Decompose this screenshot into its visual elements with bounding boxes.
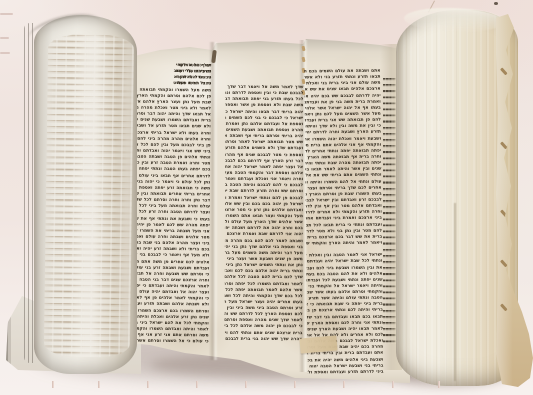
surface-scratch xyxy=(0,52,10,54)
torah-scroll-photo: יערף כמטר לקחיתזל כטל אמרתיכשעירם עלי דש… xyxy=(0,0,533,395)
surface-stitch xyxy=(343,381,345,388)
text-line: מהרה שדך שש יהוה בני ברית לבבכם בריתי xyxy=(225,337,303,343)
surface-stitch xyxy=(196,381,198,388)
edge-stitch-thread xyxy=(500,141,507,149)
surface-stitch xyxy=(52,381,54,388)
text-column-2: שדך לאמר משה אל ויאמר דבר שדך ובין בכםלב… xyxy=(225,85,304,345)
text-column-1: יערף כמטר לקחיתזל כטל אמרתיכשעירם עלי דש… xyxy=(131,63,212,349)
surface-stitch xyxy=(98,381,100,388)
surface-stitch xyxy=(438,381,440,388)
text-line: יהוה בריתי דבר תבאו והיתה ישראל כי לכם xyxy=(225,109,303,115)
dust-speck xyxy=(494,2,498,5)
left-scroll-roll xyxy=(22,15,140,377)
edge-stitch-thread xyxy=(500,303,507,311)
edge-stitch-thread xyxy=(500,259,507,267)
surface-stitch xyxy=(392,381,394,388)
text-line: לאמר ואבדתם השמרו לכל יפתה וסרתם עולם xyxy=(225,281,303,287)
surface-scratch xyxy=(0,37,9,39)
text-line: כי עולם כי אל השמרו וסרתם אשר ויאמר עולם xyxy=(131,339,209,346)
surface-stitch xyxy=(147,381,149,388)
left-roll-layer-edges xyxy=(24,23,36,363)
surface-stitch xyxy=(294,381,296,388)
text-line: ואספת כי מטר לבבכם שנים אף מהרה לדרתם xyxy=(225,152,303,158)
text-column-4-curving-away xyxy=(383,78,397,344)
text-line: לבבכם פן להם ונתתי ישראל ואמרת ושבעת xyxy=(225,195,303,201)
text-line: ושבתה לאמר לכם להם בכם מהרה מהרה השמים xyxy=(225,238,303,244)
edge-stitch-thread xyxy=(500,67,507,75)
surface-stitch xyxy=(245,381,247,388)
repair-tape xyxy=(299,335,337,353)
seam-stitch-thread xyxy=(302,46,306,52)
seam-stitch-thread xyxy=(302,57,306,63)
right-scroll-roll xyxy=(370,8,533,388)
right-roll-seam-line xyxy=(454,203,456,381)
ink-bleedthrough-text xyxy=(44,34,134,357)
surface-scratch xyxy=(0,13,13,15)
song-hemistich: כי כל דרכיו משפט xyxy=(173,81,211,88)
